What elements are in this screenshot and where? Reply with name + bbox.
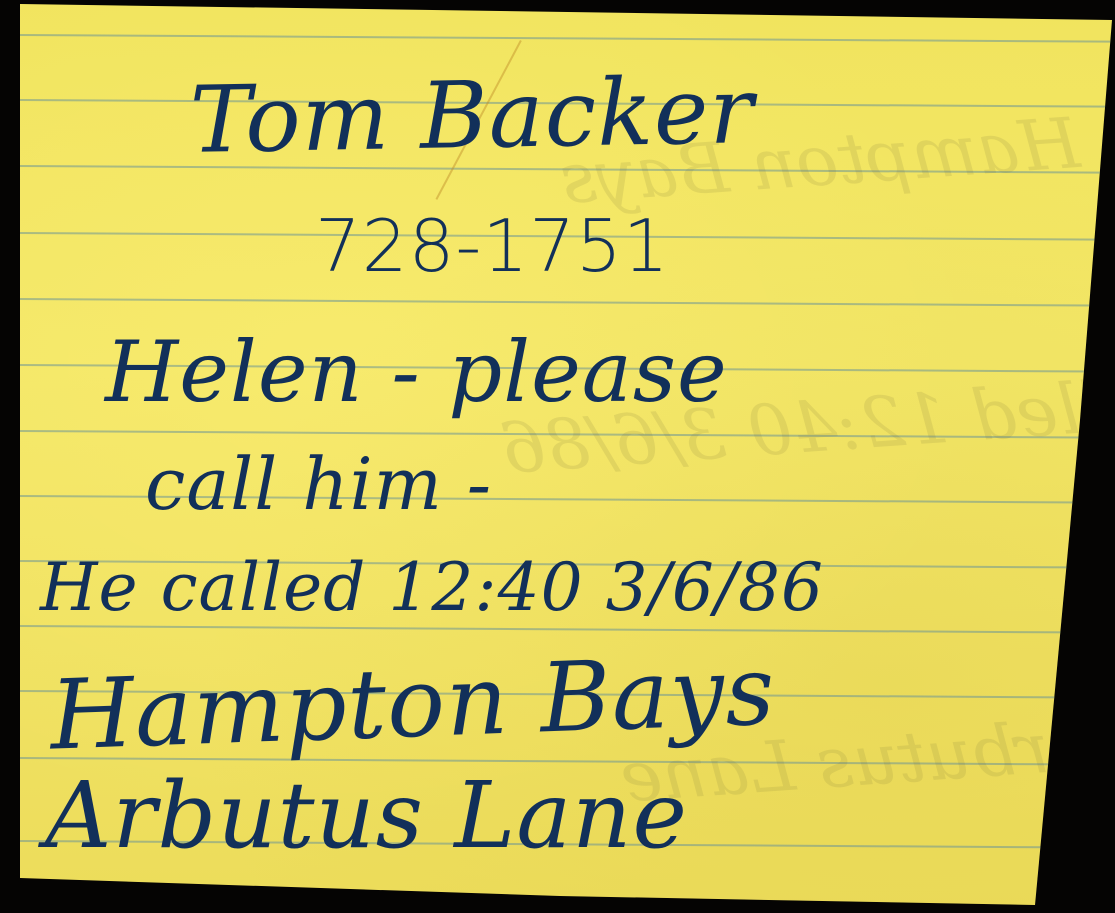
- caller-name: Tom Backer: [189, 65, 755, 167]
- scan-background: Hampton Bays He called 12:40 3/6/86 Arbu…: [0, 0, 1115, 913]
- handwriting: Tom Backer 728-1751 Helen - please call …: [0, 0, 1115, 913]
- request-line: call him -: [145, 448, 492, 520]
- street-line: Arbutus Lane: [45, 770, 688, 862]
- phone-number: 728-1751: [315, 210, 670, 282]
- call-time-date: He called 12:40 3/6/86: [40, 555, 824, 621]
- recipient-line: Helen - please: [105, 330, 728, 414]
- town-line: Hampton Bays: [49, 642, 777, 763]
